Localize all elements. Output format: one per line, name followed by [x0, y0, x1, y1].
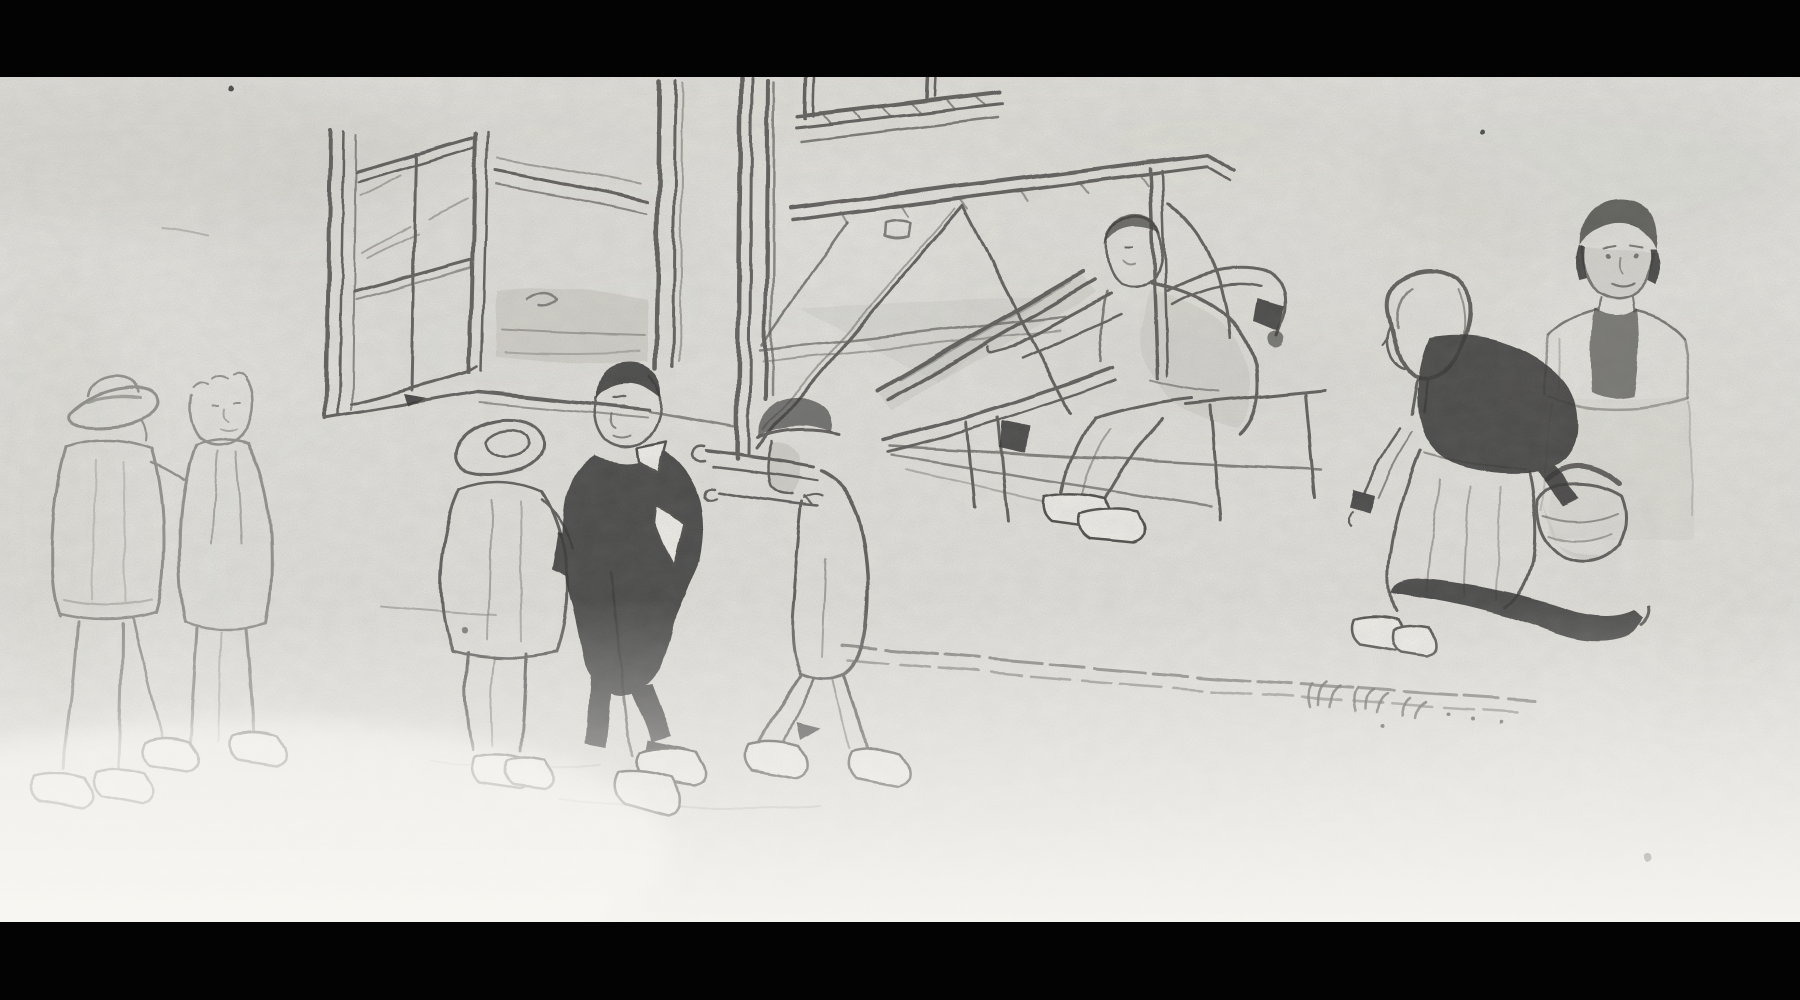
scanned-page: [0, 0, 1800, 1000]
black-border-top: [0, 0, 1800, 77]
artwork-canvas: [0, 0, 1800, 1000]
black-border-bottom: [0, 922, 1800, 1000]
